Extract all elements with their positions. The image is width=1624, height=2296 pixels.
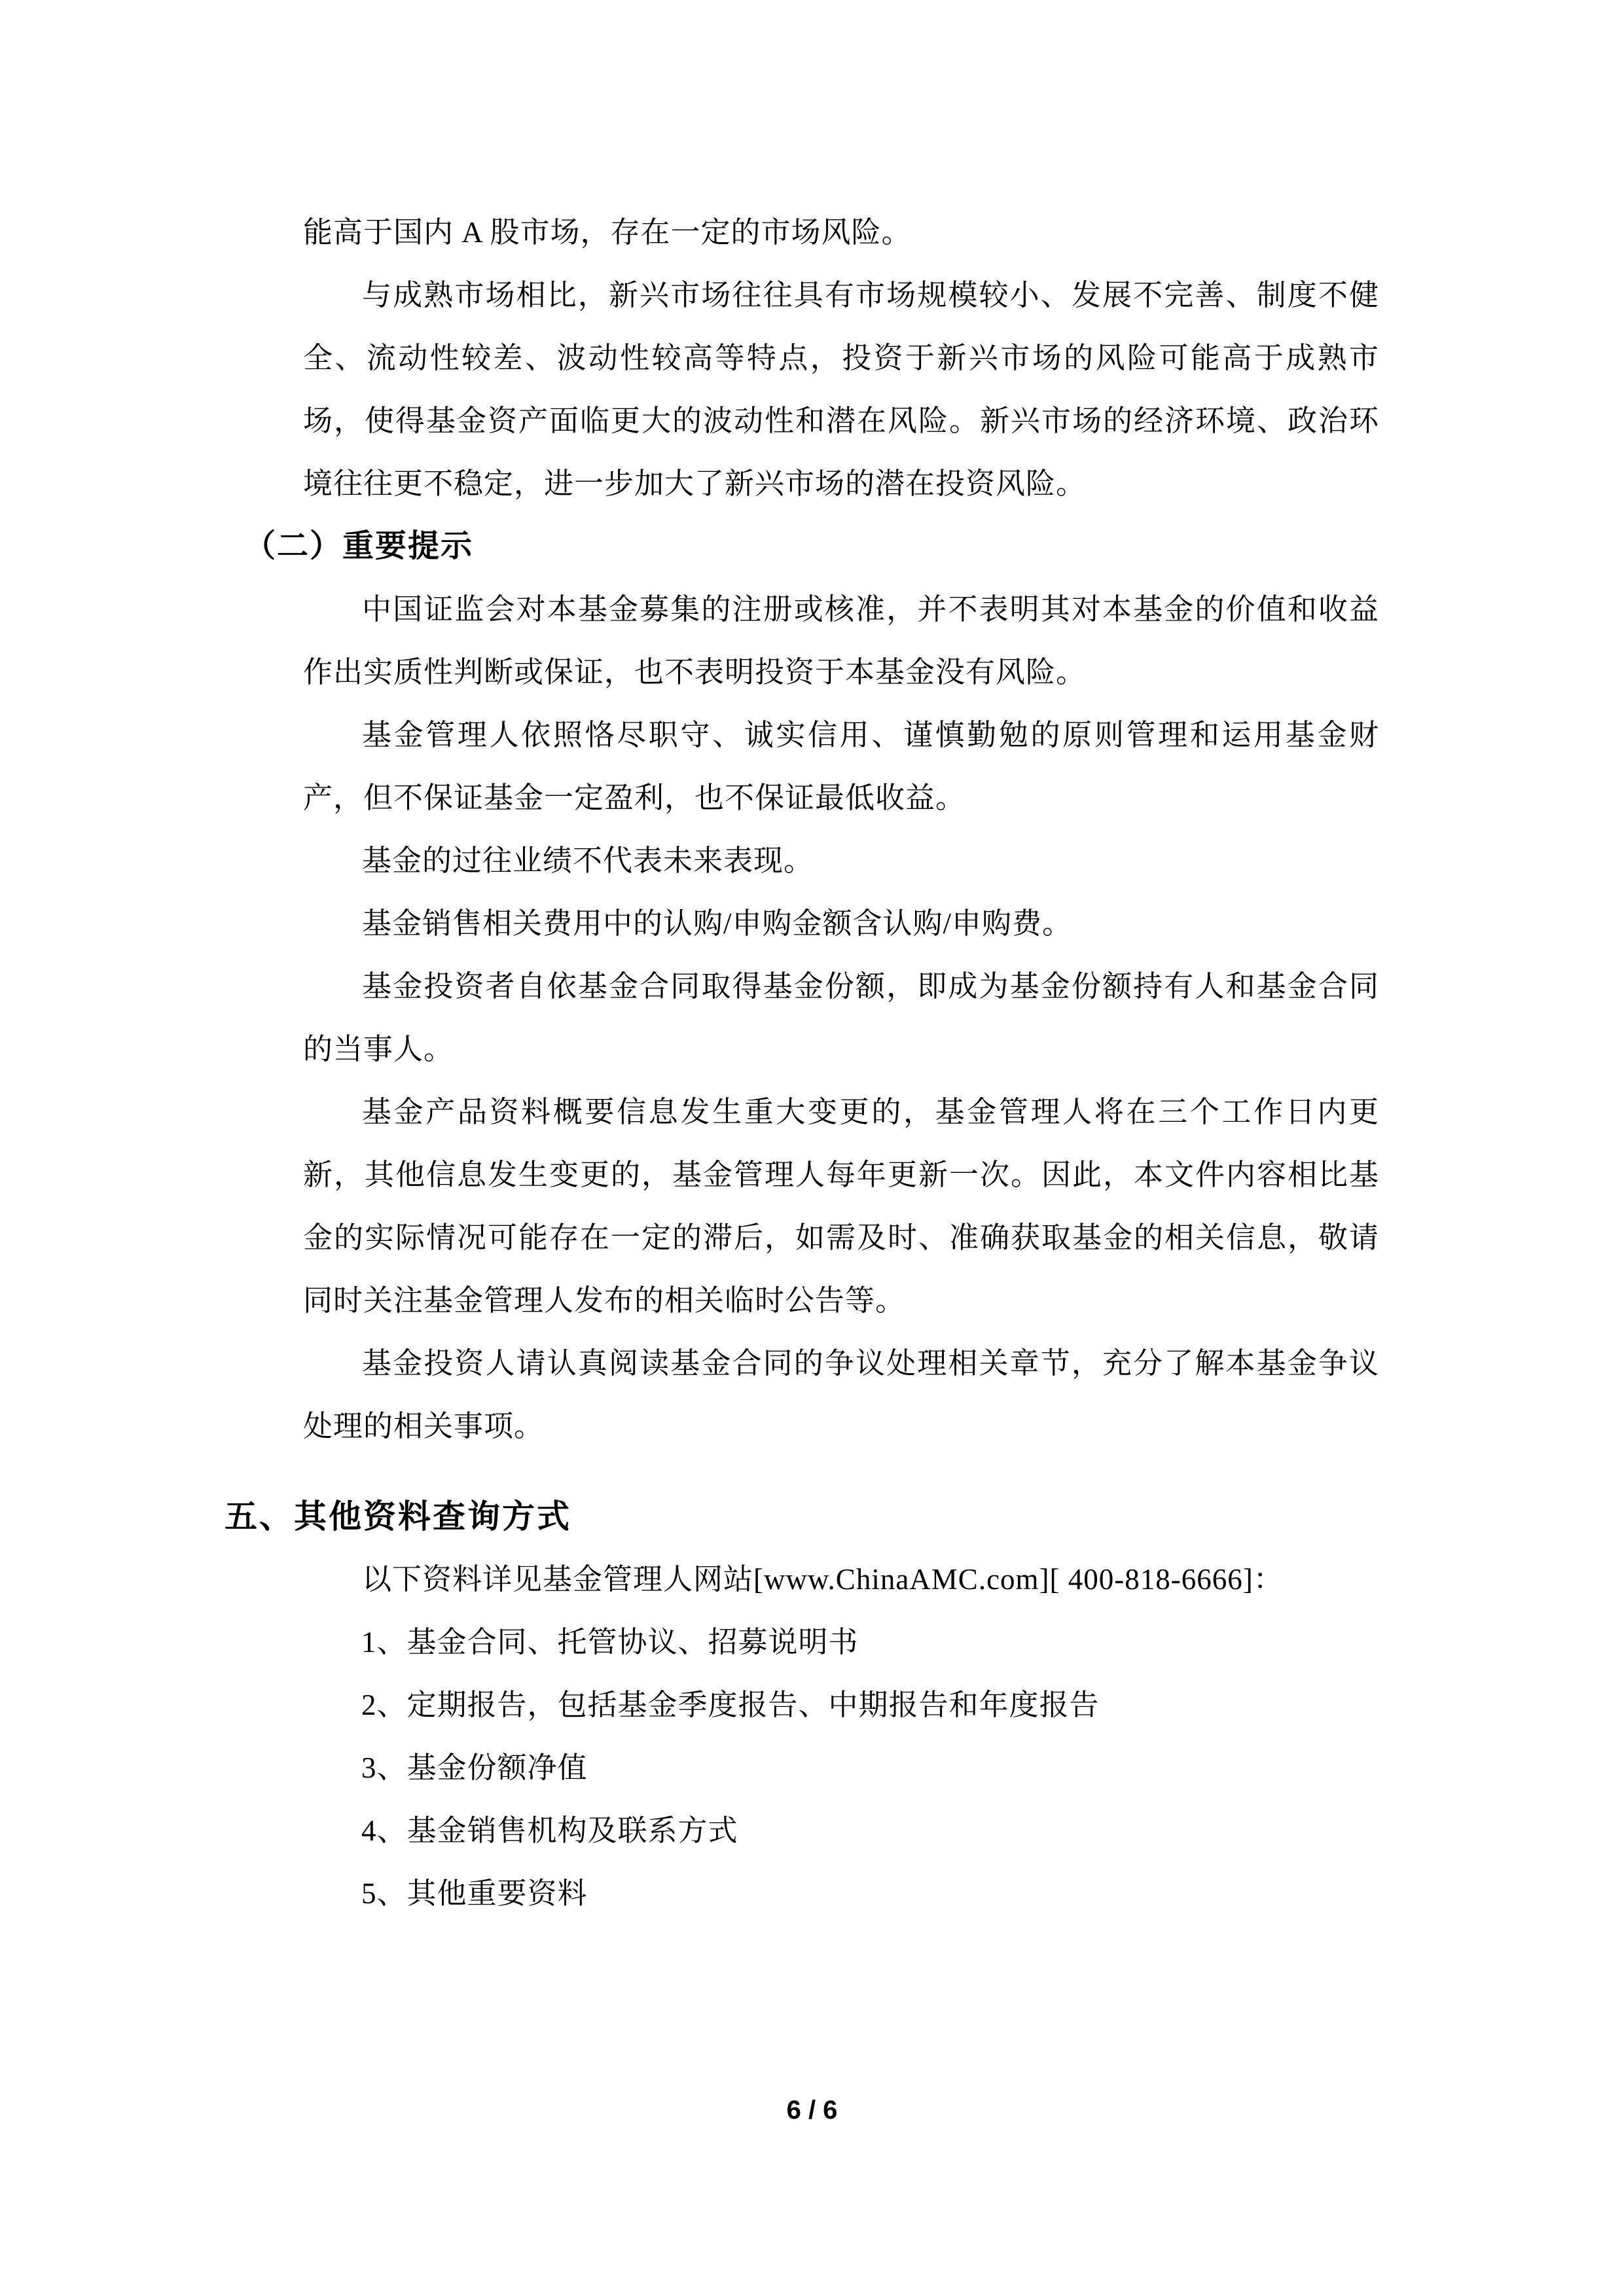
page-footer: 6 / 6 — [0, 2093, 1624, 2127]
paragraph: 基金产品资料概要信息发生重大变更的，基金管理人将在三个工作日内更新，其他信息发生… — [303, 1081, 1379, 1332]
paragraph: 基金投资者自依基金合同取得基金份额，即成为基金份额持有人和基金合同的当事人。 — [303, 955, 1379, 1081]
paragraph: 中国证监会对本基金募集的注册或核准，并不表明其对本基金的价值和收益作出实质性判断… — [303, 578, 1379, 704]
paragraph: 与成熟市场相比，新兴市场往往具有市场规模较小、发展不完善、制度不健全、流动性较差… — [303, 264, 1379, 515]
list-item: 4、基金销售机构及联系方式 — [361, 1799, 1379, 1862]
paragraph: 基金销售相关费用中的认购/申购金额含认购/申购费。 — [303, 892, 1379, 955]
document-page: 能高于国内 A 股市场，存在一定的市场风险。与成熟市场相比，新兴市场往往具有市场… — [0, 0, 1624, 2296]
list-item: 5、其他重要资料 — [361, 1862, 1379, 1925]
paragraph: 基金投资人请认真阅读基金合同的争议处理相关章节，充分了解本基金争议处理的相关事项… — [303, 1332, 1379, 1458]
paragraph: 以下资料详见基金管理人网站[www.ChinaAMC.com][ 400-818… — [303, 1548, 1379, 1611]
paragraph: 基金管理人依照恪尽职守、诚实信用、谨慎勤勉的原则管理和运用基金财产，但不保证基金… — [303, 704, 1379, 829]
paragraph: 基金的过往业绩不代表未来表现。 — [303, 829, 1379, 892]
section-heading: （二）重要提示 — [244, 515, 1379, 578]
list-item: 3、基金份额净值 — [361, 1736, 1379, 1799]
document-content: 能高于国内 A 股市场，存在一定的市场风险。与成熟市场相比，新兴市场往往具有市场… — [225, 201, 1379, 1925]
page-number: 6 / 6 — [787, 2096, 838, 2125]
paragraph: 能高于国内 A 股市场，存在一定的市场风险。 — [303, 201, 1379, 264]
section-heading: 五、其他资料查询方式 — [225, 1489, 1379, 1544]
list-item: 1、基金合同、托管协议、招募说明书 — [361, 1611, 1379, 1674]
list-item: 2、定期报告，包括基金季度报告、中期报告和年度报告 — [361, 1674, 1379, 1736]
